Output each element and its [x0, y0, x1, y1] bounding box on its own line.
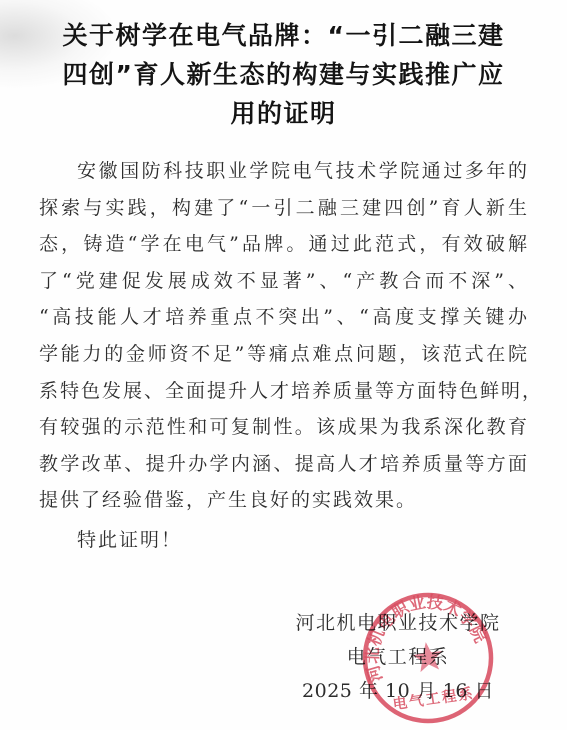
body-line: 系特色发展、全面提升人才培养质量等方面特色鲜明，	[39, 373, 529, 410]
body-line: 有较强的示范性和可复制性。该成果为我系深化教育	[39, 409, 529, 446]
document-title-line: 四创”育人新生态的构建与实践推广应	[38, 55, 529, 94]
body-line: 了“党建促发展成效不显著”、“产教合而不深”、	[39, 263, 529, 300]
signature-org-name: 河北机电职业技术学院	[273, 606, 523, 640]
signature-dept-name: 电气工程系	[273, 640, 523, 674]
body-line: 态，铸造“学在电气”品牌。通过此范式，有效破解	[39, 226, 529, 263]
body-line: 安徽国防科技职业学院电气技术学院通过多年的	[39, 153, 529, 190]
body-line: “高技能人才培养重点不突出”、“高度支撑关键办	[39, 299, 529, 336]
document-title: 关于树学在电气品牌：“一引二融三建四创”育人新生态的构建与实践推广应用的证明	[38, 16, 529, 133]
signature-date: 2025 年 10 月 16 日	[273, 674, 523, 708]
closing-line: 特此证明！	[39, 522, 529, 559]
certificate-page: 关于树学在电气品牌：“一引二融三建四创”育人新生态的构建与实践推广应用的证明 安…	[0, 0, 567, 730]
document-title-line: 用的证明	[38, 94, 529, 133]
signature-block: 河北机电职业技术学院 电气工程系 2025 年 10 月 16 日	[273, 606, 523, 708]
body-line: 探索与实践，构建了“一引二融三建四创”育人新生	[39, 190, 529, 227]
document-title-line: 关于树学在电气品牌：“一引二融三建	[38, 16, 529, 55]
body-line: 教学改革、提升办学内涵、提高人才培养质量等方面	[39, 446, 529, 483]
body-paragraph: 安徽国防科技职业学院电气技术学院通过多年的探索与实践，构建了“一引二融三建四创”…	[39, 153, 529, 519]
body-line: 提供了经验借鉴，产生良好的实践效果。	[39, 482, 529, 519]
body-line: 学能力的金师资不足”等痛点难点问题，该范式在院	[39, 336, 529, 373]
